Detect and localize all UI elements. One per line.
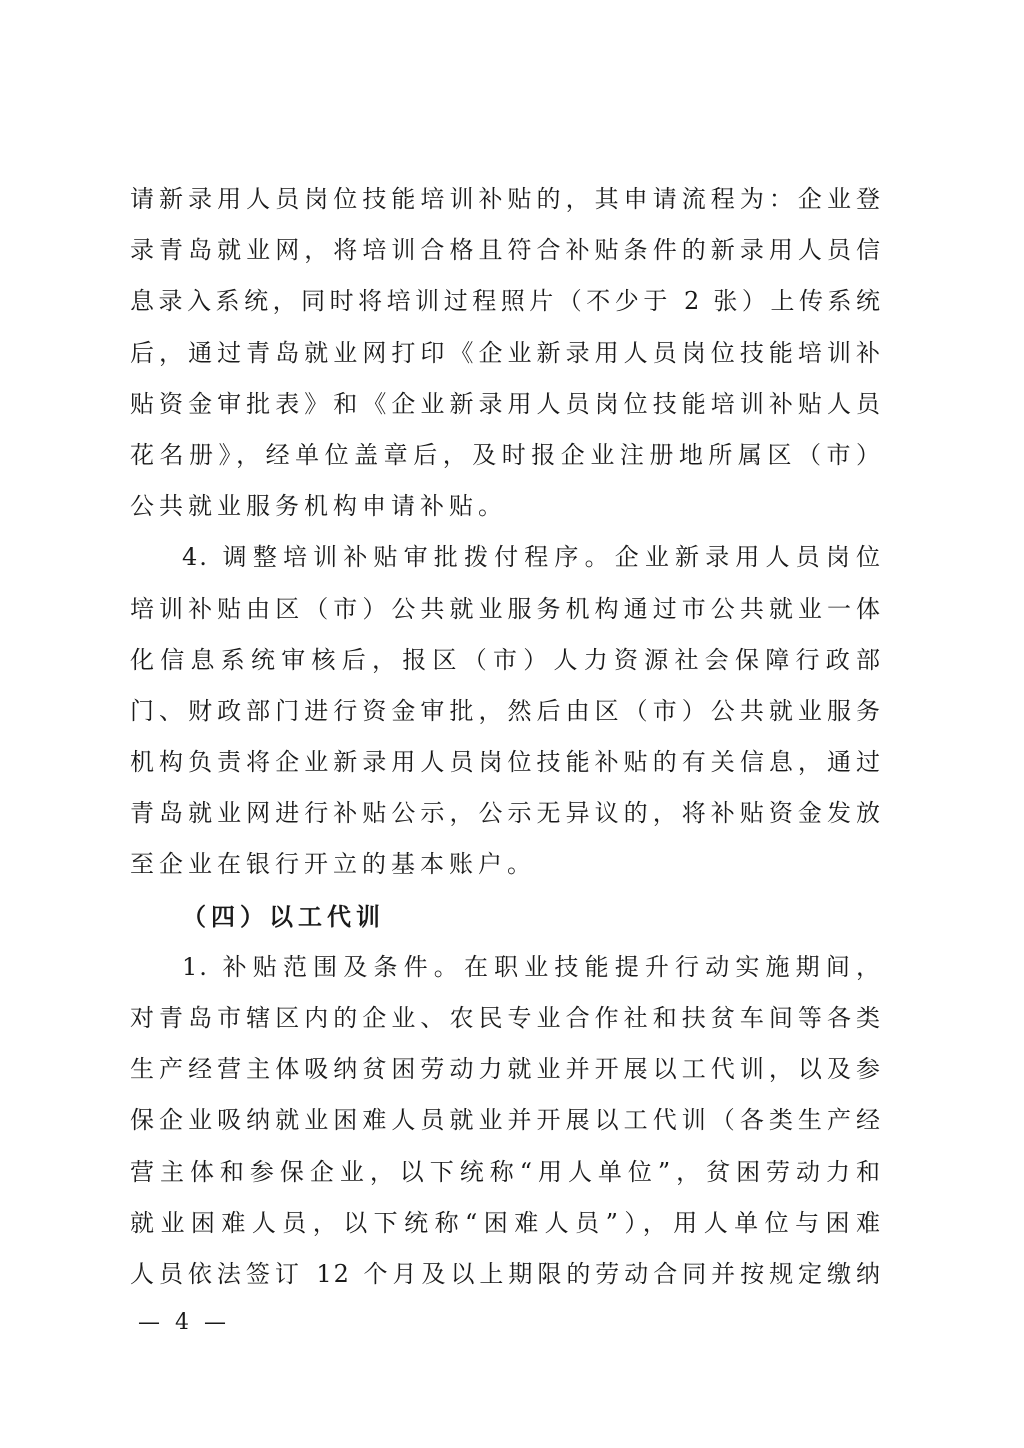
text-line: 机构负责将企业新录用人员岗位技能补贴的有关信息，通过 — [130, 737, 882, 788]
text-line: 录青岛就业网，将培训合格且符合补贴条件的新录用人员信 — [130, 225, 882, 276]
text-line: 1. 补贴范围及条件。在职业技能提升行动实施期间， — [130, 942, 882, 993]
text-line: 至企业在银行开立的基本账户。 — [130, 839, 882, 890]
text-line: 花名册》，经单位盖章后，及时报企业注册地所属区（市） — [130, 430, 882, 481]
text-line: 公共就业服务机构申请补贴。 — [130, 481, 882, 532]
paragraph-item-4-approval-procedure: 4. 调整培训补贴审批拨付程序。企业新录用人员岗位 培训补贴由区（市）公共就业服… — [130, 532, 882, 890]
text-line: 人员依法签订 12 个月及以上期限的劳动合同并按规定缴纳 — [130, 1249, 882, 1300]
text-line: 营主体和参保企业，以下统称“用人单位”，贫困劳动力和 — [130, 1147, 882, 1198]
text-line: 门、财政部门进行资金审批，然后由区（市）公共就业服务 — [130, 686, 882, 737]
text-line: 对青岛市辖区内的企业、农民专业合作社和扶贫车间等各类 — [130, 993, 882, 1044]
paragraph-item-1-subsidy-scope: 1. 补贴范围及条件。在职业技能提升行动实施期间， 对青岛市辖区内的企业、农民专… — [130, 942, 882, 1300]
document-page: 请新录用人员岗位技能培训补贴的，其申请流程为：企业登 录青岛就业网，将培训合格且… — [130, 174, 882, 1300]
text-line: 后，通过青岛就业网打印《企业新录用人员岗位技能培训补 — [130, 328, 882, 379]
text-line: 化信息系统审核后，报区（市）人力资源社会保障行政部 — [130, 635, 882, 686]
text-line: 生产经营主体吸纳贫困劳动力就业并开展以工代训，以及参 — [130, 1044, 882, 1095]
text-line: 就业困难人员，以下统称“困难人员”），用人单位与困难 — [130, 1198, 882, 1249]
page-number: — 4 — — [138, 1308, 230, 1338]
text-line: 请新录用人员岗位技能培训补贴的，其申请流程为：企业登 — [130, 174, 882, 225]
section-heading: （四）以工代训 — [130, 891, 882, 942]
section-heading-work-for-training: （四）以工代训 — [130, 891, 882, 942]
paragraph-application-process: 请新录用人员岗位技能培训补贴的，其申请流程为：企业登 录青岛就业网，将培训合格且… — [130, 174, 882, 532]
text-line: 培训补贴由区（市）公共就业服务机构通过市公共就业一体 — [130, 584, 882, 635]
text-line: 贴资金审批表》和《企业新录用人员岗位技能培训补贴人员 — [130, 379, 882, 430]
text-line: 保企业吸纳就业困难人员就业并开展以工代训（各类生产经 — [130, 1095, 882, 1146]
text-line: 青岛就业网进行补贴公示，公示无异议的，将补贴资金发放 — [130, 788, 882, 839]
text-line: 4. 调整培训补贴审批拨付程序。企业新录用人员岗位 — [130, 532, 882, 583]
text-line: 息录入系统，同时将培训过程照片（不少于 2 张）上传系统 — [130, 276, 882, 327]
